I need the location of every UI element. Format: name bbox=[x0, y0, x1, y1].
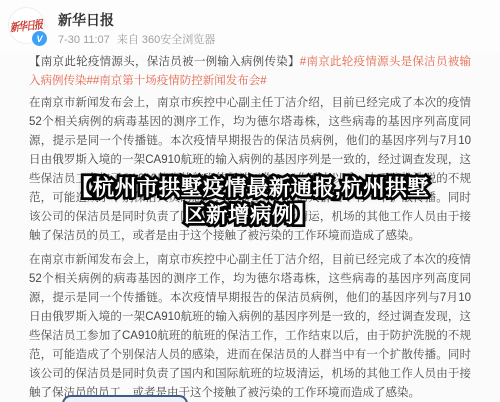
verified-badge-icon: V bbox=[31, 30, 48, 47]
topic-lead-text: 【南京此轮疫情源头，保洁员被一例输入病例传染】 bbox=[29, 56, 300, 68]
post-meta: 7-30 11:07 来自 360安全浏览器 bbox=[58, 31, 215, 47]
weibo-post-page: 新华日报 V 新华日报 7-30 11:07 来自 360安全浏览器 【南京此轮… bbox=[0, 0, 500, 402]
topic-hashtag-2[interactable]: #南京第十场疫情防控新闻发布会# bbox=[93, 75, 267, 87]
attached-card-partial[interactable] bbox=[62, 395, 188, 402]
account-name[interactable]: 新华日报 bbox=[58, 10, 114, 30]
post-header: 新华日报 V 新华日报 7-30 11:07 来自 360安全浏览器 bbox=[0, 0, 500, 52]
topic-line: 【南京此轮疫情源头，保洁员被一例输入病例传染】#南京此轮疫情源头是保洁员被输入病… bbox=[29, 53, 471, 91]
avatar[interactable]: 新华日报 V bbox=[8, 7, 45, 44]
post-content: 【南京此轮疫情源头，保洁员被一例输入病例传染】#南京此轮疫情源头是保洁员被输入病… bbox=[29, 53, 471, 402]
post-paragraph-1: 在南京市新闻发布会上，南京市疾控中心副主任丁洁介绍，目前已经完成了本次的疫情52… bbox=[29, 94, 471, 246]
post-paragraph-2: 在南京市新闻发布会上，南京市疾控中心副主任丁洁介绍，目前已经完成了本次的疫情52… bbox=[29, 251, 471, 402]
post-timestamp: 7-30 11:07 bbox=[58, 34, 110, 46]
post-source-link[interactable]: 来自 360安全浏览器 bbox=[117, 34, 215, 46]
